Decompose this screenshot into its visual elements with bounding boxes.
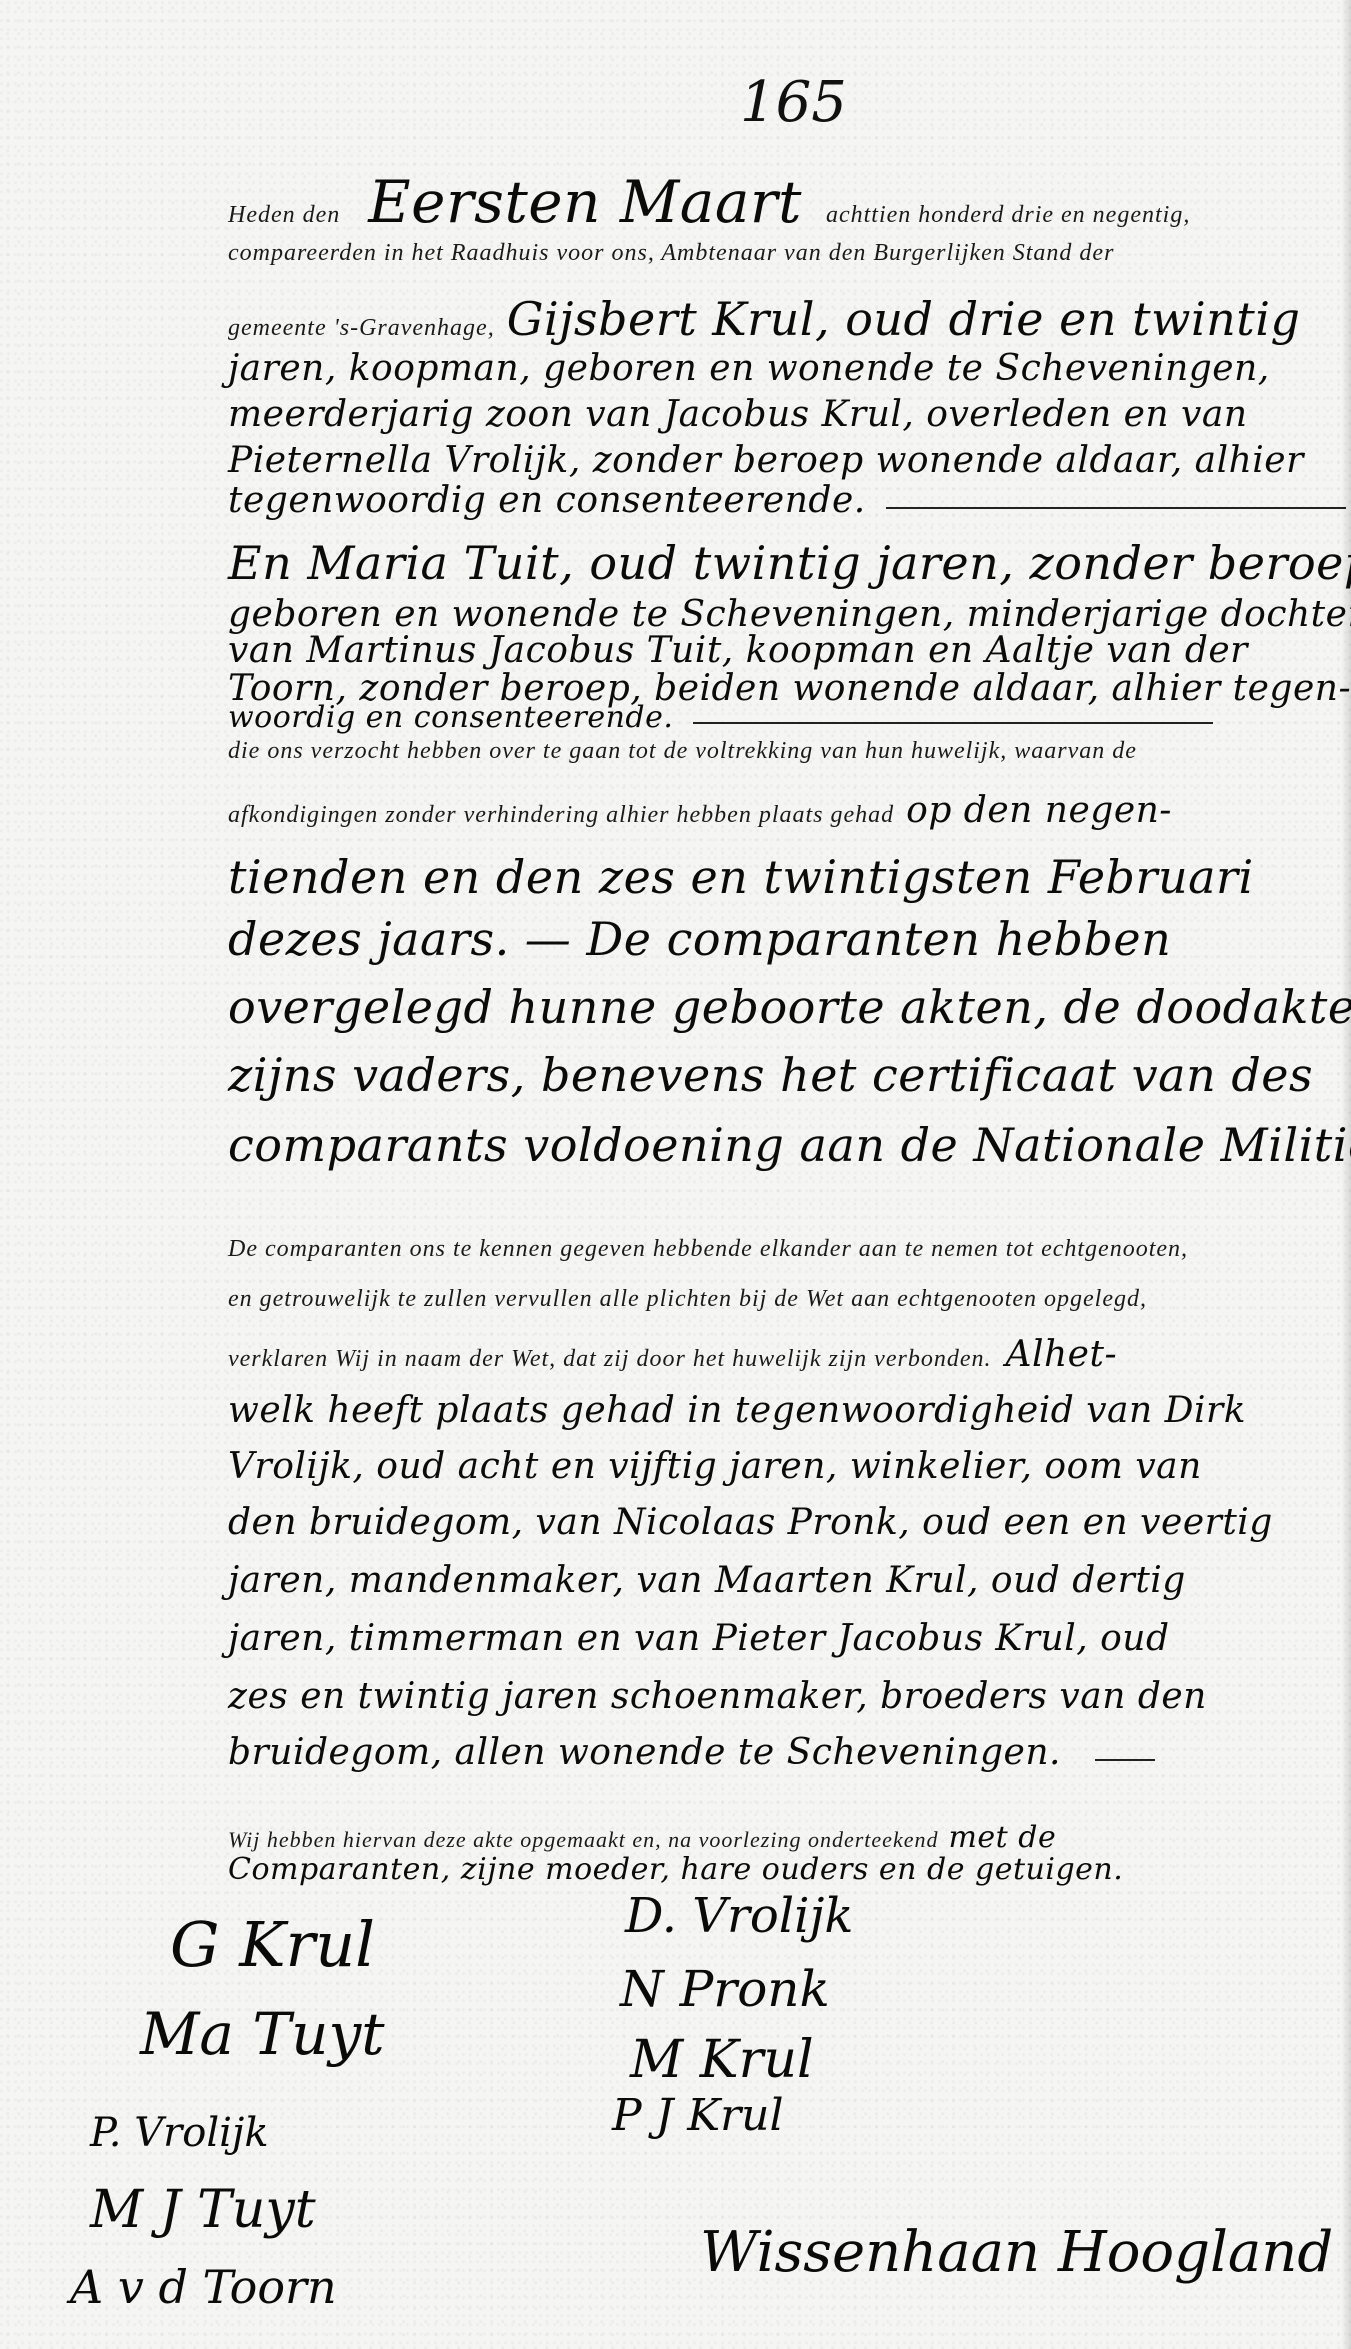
printed-text: compareerden in het Raadhuis voor ons, A…: [228, 240, 1114, 266]
printed-text: gemeente 's-Gravenhage,: [228, 315, 495, 341]
printed-text: Heden den: [228, 202, 340, 228]
handwritten-text: woordig en consenteerende.: [228, 700, 673, 735]
record-line-handwritten: comparants voldoening aan de Nationale M…: [228, 1118, 1343, 1172]
record-line-declaration: verklaren Wij in naam der Wet, dat zij d…: [228, 1334, 1343, 1375]
record-line-witnesses: welk heeft plaats gehad in tegenwoordigh…: [228, 1390, 1343, 1431]
handwritten-date: Eersten Maart: [368, 168, 802, 236]
handwritten-groom: Gijsbert Krul, oud drie en twintig: [507, 292, 1301, 346]
record-line-handwritten: zes en twintig jaren schoenmaker, broede…: [228, 1676, 1343, 1717]
record-line-banns: afkondigingen zonder verhindering alhier…: [228, 790, 1343, 831]
record-line-handwritten: van Martinus Jacobus Tuit, koopman en Aa…: [228, 630, 1343, 671]
printed-text: verklaren Wij in naam der Wet, dat zij d…: [228, 1346, 991, 1372]
record-line-bride: En Maria Tuit, oud twintig jaren, zonder…: [228, 536, 1343, 590]
record-line-handwritten: geboren en wonende te Scheveningen, mind…: [228, 594, 1343, 635]
signature-witness-3: M Krul: [630, 2030, 814, 2090]
record-line-handwritten: tienden en den zes en twintigsten Februa…: [228, 850, 1343, 904]
handwritten-text: Alhet-: [1005, 1334, 1117, 1375]
record-line-handwritten: Pieternella Vrolijk, zonder beroep wonen…: [228, 440, 1343, 481]
record-line-handwritten: jaren, koopman, geboren en wonende te Sc…: [228, 348, 1343, 389]
record-line-handwritten: woordig en consenteerende.: [228, 700, 1343, 735]
signature-bride-mother: A v d Toorn: [70, 2260, 337, 2314]
handwritten-text: met de: [948, 1820, 1056, 1855]
signature-witness-4: P J Krul: [612, 2090, 784, 2141]
signature-witness-2: N Pronk: [620, 1960, 830, 2018]
signature-groom-mother: P. Vrolijk: [90, 2110, 269, 2156]
record-line-handwritten: dezes jaars. — De comparanten hebben: [228, 912, 1343, 966]
printed-text: achttien honderd drie en negentig,: [826, 202, 1190, 228]
record-line-handwritten: tegenwoordig en consenteerende.: [228, 480, 1343, 521]
record-line-handwritten: meerderjarig zoon van Jacobus Krul, over…: [228, 394, 1343, 435]
handwritten-text: tegenwoordig en consenteerende.: [228, 480, 866, 521]
signature-bride-father: M J Tuyt: [90, 2180, 316, 2240]
record-line-groom: gemeente 's-Gravenhage, Gijsbert Krul, o…: [228, 292, 1343, 346]
page-number: 165: [740, 70, 847, 135]
record-line: De comparanten ons te kennen gegeven heb…: [228, 1236, 1343, 1263]
handwritten-text: bruidegom, allen wonende te Scheveningen…: [228, 1732, 1061, 1773]
printed-text: afkondigingen zonder verhindering alhier…: [228, 802, 894, 828]
signature-witness-1: D. Vrolijk: [625, 1888, 853, 1944]
signature-groom: G Krul: [170, 1908, 375, 1981]
record-line-closing: Wij hebben hiervan deze akte opgemaakt e…: [228, 1820, 1343, 1855]
record-line-handwritten: den bruidegom, van Nicolaas Pronk, oud e…: [228, 1502, 1343, 1543]
fill-rule: [1095, 1759, 1155, 1761]
record-line: compareerden in het Raadhuis voor ons, A…: [228, 240, 1343, 267]
record-line-handwritten: jaren, timmerman en van Pieter Jacobus K…: [228, 1618, 1343, 1659]
record-line-date: Heden den Eersten Maart achttien honderd…: [228, 168, 1343, 236]
signature-bride: Ma Tuyt: [140, 2000, 385, 2068]
fill-rule: [886, 507, 1346, 509]
handwritten-text: op den negen-: [906, 790, 1172, 831]
record-line-handwritten: jaren, mandenmaker, van Maarten Krul, ou…: [228, 1560, 1343, 1601]
record-line-handwritten: zijns vaders, benevens het certificaat v…: [228, 1048, 1343, 1102]
record-line: en getrouwelijk te zullen vervullen alle…: [228, 1286, 1343, 1313]
record-line-handwritten: overgelegd hunne geboorte akten, de dood…: [228, 980, 1343, 1034]
signature-registrar: Wissenhaan Hoogland: [700, 2220, 1333, 2285]
record-line-handwritten: Comparanten, zijne moeder, hare ouders e…: [228, 1852, 1343, 1887]
record-line-handwritten: Vrolijk, oud acht en vijftig jaren, wink…: [228, 1446, 1343, 1487]
printed-text: Wij hebben hiervan deze akte opgemaakt e…: [228, 1827, 938, 1852]
record-line-handwritten: bruidegom, allen wonende te Scheveningen…: [228, 1732, 1343, 1773]
fill-rule: [693, 722, 1213, 724]
record-line: die ons verzocht hebben over te gaan tot…: [228, 738, 1343, 765]
